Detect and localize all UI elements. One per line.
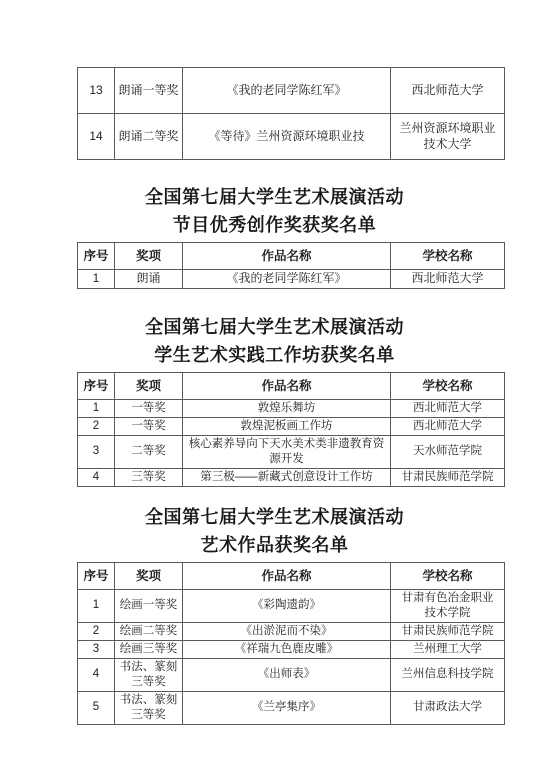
cell-award: 朗诵二等奖 xyxy=(115,114,183,160)
table-row: 1 朗诵 《我的老同学陈红军》 西北师范大学 xyxy=(78,270,505,289)
section-title-line1: 全国第七届大学生艺术展演活动 xyxy=(0,183,549,211)
cell-work: 《出师表》 xyxy=(183,658,391,691)
continuation-table-section: 13 朗诵一等奖 《我的老同学陈红军》 西北师范大学 14 朗诵二等奖 《等待》… xyxy=(0,67,549,160)
cell-school: 兰州资源环境职业技术大学 xyxy=(391,114,505,160)
cell-no: 2 xyxy=(78,622,115,640)
document-page: 13 朗诵一等奖 《我的老同学陈红军》 西北师范大学 14 朗诵二等奖 《等待》… xyxy=(0,0,549,777)
table-row: 2 绘画二等奖 《出淤泥而不染》 甘肃民族师范学院 xyxy=(78,622,505,640)
section-artwork-awards: 全国第七届大学生艺术展演活动 艺术作品获奖名单 序号 奖项 作品名称 学校名称 … xyxy=(0,503,549,725)
table-row: 4 三等奖 第三极——新藏式创意设计工作坊 甘肃民族师范学院 xyxy=(78,468,505,486)
cell-award: 朗诵一等奖 xyxy=(115,68,183,114)
cell-work: 核心素养导向下天水美术类非遗教育资源开发 xyxy=(183,435,391,468)
cell-work: 《彩陶遗韵》 xyxy=(183,590,391,623)
section-title-line2: 学生艺术实践工作坊获奖名单 xyxy=(0,341,549,369)
table-header-row: 序号 奖项 作品名称 学校名称 xyxy=(78,373,505,400)
table-row: 1 绘画一等奖 《彩陶遗韵》 甘肃有色冶金职业技术学院 xyxy=(78,590,505,623)
cell-school: 天水师范学院 xyxy=(391,435,505,468)
cell-award: 三等奖 xyxy=(115,468,183,486)
cell-work: 《我的老同学陈红军》 xyxy=(183,68,391,114)
header-award: 奖项 xyxy=(115,243,183,270)
table-row: 4 书法、篆刻三等奖 《出师表》 兰州信息科技学院 xyxy=(78,658,505,691)
table-row: 5 书法、篆刻三等奖 《兰亭集序》 甘肃政法大学 xyxy=(78,691,505,724)
table-row: 1 一等奖 敦煌乐舞坊 西北师范大学 xyxy=(78,400,505,418)
section-title-line1: 全国第七届大学生艺术展演活动 xyxy=(0,313,549,341)
cell-work: 第三极——新藏式创意设计工作坊 xyxy=(183,468,391,486)
header-no: 序号 xyxy=(78,563,115,590)
section-workshop-awards: 全国第七届大学生艺术展演活动 学生艺术实践工作坊获奖名单 序号 奖项 作品名称 … xyxy=(0,313,549,487)
cell-award: 朗诵 xyxy=(115,270,183,289)
cell-award: 二等奖 xyxy=(115,435,183,468)
cell-school: 西北师范大学 xyxy=(391,400,505,418)
header-no: 序号 xyxy=(78,373,115,400)
cell-award: 绘画一等奖 xyxy=(115,590,183,623)
header-work: 作品名称 xyxy=(183,243,391,270)
artwork-awards-table: 序号 奖项 作品名称 学校名称 1 绘画一等奖 《彩陶遗韵》 甘肃有色冶金职业技… xyxy=(77,562,505,725)
table-row: 13 朗诵一等奖 《我的老同学陈红军》 西北师范大学 xyxy=(78,68,505,114)
section-title-line2: 艺术作品获奖名单 xyxy=(0,531,549,559)
header-school: 学校名称 xyxy=(391,243,505,270)
header-award: 奖项 xyxy=(115,563,183,590)
cell-school: 西北师范大学 xyxy=(391,417,505,435)
cell-no: 3 xyxy=(78,640,115,658)
cell-school: 西北师范大学 xyxy=(391,68,505,114)
cell-school: 兰州信息科技学院 xyxy=(391,658,505,691)
cell-school: 兰州理工大学 xyxy=(391,640,505,658)
program-creation-awards-table: 序号 奖项 作品名称 学校名称 1 朗诵 《我的老同学陈红军》 西北师范大学 xyxy=(77,242,505,289)
section-title: 全国第七届大学生艺术展演活动 节目优秀创作奖获奖名单 xyxy=(0,183,549,239)
section-program-creation-awards: 全国第七届大学生艺术展演活动 节目优秀创作奖获奖名单 序号 奖项 作品名称 学校… xyxy=(0,183,549,289)
section-title-line1: 全国第七届大学生艺术展演活动 xyxy=(0,503,549,531)
table-row: 2 一等奖 敦煌泥板画工作坊 西北师范大学 xyxy=(78,417,505,435)
table-row: 3 绘画三等奖 《祥瑞九色鹿皮雕》 兰州理工大学 xyxy=(78,640,505,658)
cell-no: 14 xyxy=(78,114,115,160)
cell-school: 甘肃民族师范学院 xyxy=(391,622,505,640)
section-title: 全国第七届大学生艺术展演活动 学生艺术实践工作坊获奖名单 xyxy=(0,313,549,369)
cell-award: 绘画三等奖 xyxy=(115,640,183,658)
cell-work: 《出淤泥而不染》 xyxy=(183,622,391,640)
cell-award: 书法、篆刻三等奖 xyxy=(115,658,183,691)
cell-school: 西北师范大学 xyxy=(391,270,505,289)
cell-no: 5 xyxy=(78,691,115,724)
cell-work: 《兰亭集序》 xyxy=(183,691,391,724)
cell-no: 4 xyxy=(78,468,115,486)
cell-work: 《等待》兰州资源环境职业技 xyxy=(183,114,391,160)
table-header-row: 序号 奖项 作品名称 学校名称 xyxy=(78,243,505,270)
header-school: 学校名称 xyxy=(391,373,505,400)
header-school: 学校名称 xyxy=(391,563,505,590)
cell-no: 4 xyxy=(78,658,115,691)
cell-school: 甘肃政法大学 xyxy=(391,691,505,724)
header-award: 奖项 xyxy=(115,373,183,400)
header-work: 作品名称 xyxy=(183,373,391,400)
table-row: 14 朗诵二等奖 《等待》兰州资源环境职业技 兰州资源环境职业技术大学 xyxy=(78,114,505,160)
cell-no: 3 xyxy=(78,435,115,468)
cell-school: 甘肃有色冶金职业技术学院 xyxy=(391,590,505,623)
cell-no: 1 xyxy=(78,270,115,289)
cell-school: 甘肃民族师范学院 xyxy=(391,468,505,486)
cell-work: 《我的老同学陈红军》 xyxy=(183,270,391,289)
cell-no: 1 xyxy=(78,400,115,418)
cell-award: 绘画二等奖 xyxy=(115,622,183,640)
cell-work: 《祥瑞九色鹿皮雕》 xyxy=(183,640,391,658)
workshop-awards-table: 序号 奖项 作品名称 学校名称 1 一等奖 敦煌乐舞坊 西北师范大学 2 一等奖… xyxy=(77,372,505,487)
cell-no: 13 xyxy=(78,68,115,114)
cell-award: 书法、篆刻三等奖 xyxy=(115,691,183,724)
cell-work: 敦煌泥板画工作坊 xyxy=(183,417,391,435)
cell-award: 一等奖 xyxy=(115,417,183,435)
cell-no: 1 xyxy=(78,590,115,623)
continuation-awards-table: 13 朗诵一等奖 《我的老同学陈红军》 西北师范大学 14 朗诵二等奖 《等待》… xyxy=(77,67,505,160)
header-no: 序号 xyxy=(78,243,115,270)
cell-award: 一等奖 xyxy=(115,400,183,418)
cell-no: 2 xyxy=(78,417,115,435)
header-work: 作品名称 xyxy=(183,563,391,590)
section-title: 全国第七届大学生艺术展演活动 艺术作品获奖名单 xyxy=(0,503,549,559)
section-title-line2: 节目优秀创作奖获奖名单 xyxy=(0,211,549,239)
cell-work: 敦煌乐舞坊 xyxy=(183,400,391,418)
table-row: 3 二等奖 核心素养导向下天水美术类非遗教育资源开发 天水师范学院 xyxy=(78,435,505,468)
table-header-row: 序号 奖项 作品名称 学校名称 xyxy=(78,563,505,590)
